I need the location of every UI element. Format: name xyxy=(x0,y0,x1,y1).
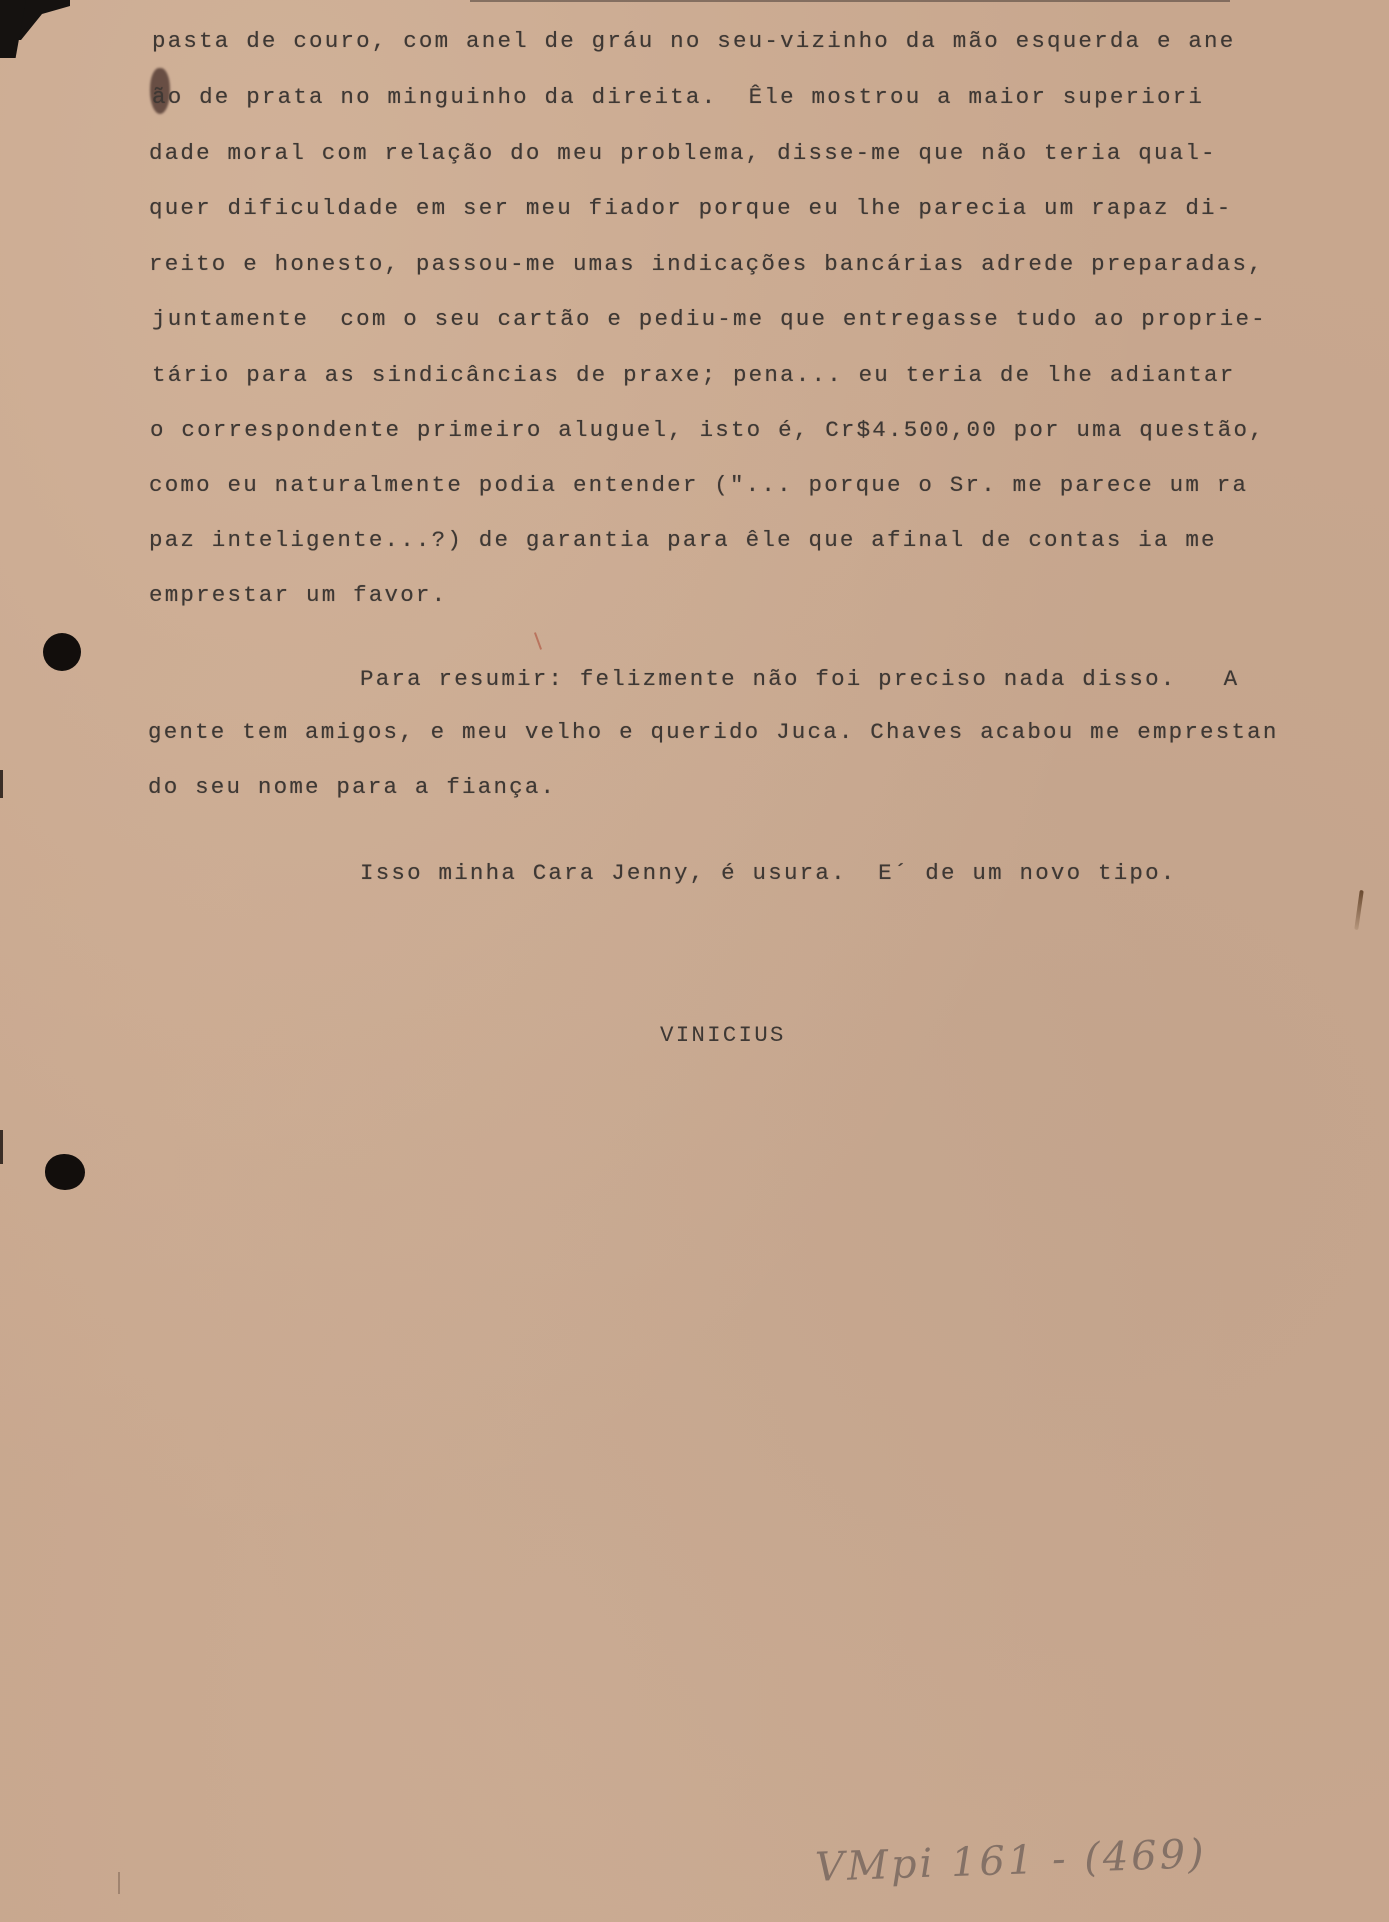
text-line: Isso minha Cara Jenny, é usura. E´ de um… xyxy=(360,862,1177,885)
text-line: juntamente com o seu cartão e pediu-me q… xyxy=(152,308,1267,331)
text-line: ão de prata no minguinho da direita. Êle… xyxy=(152,86,1204,109)
text-line: do seu nome para a fiança. xyxy=(148,776,556,799)
text-line: dade moral com relação do meu problema, … xyxy=(149,142,1217,165)
text-line: pasta de couro, com anel de gráu no seu-… xyxy=(152,30,1235,53)
edge-mark xyxy=(0,770,3,798)
punch-hole-icon xyxy=(45,1154,85,1190)
paper-fleck xyxy=(534,632,542,650)
signature: VINICIUS xyxy=(660,1022,786,1048)
text-line: como eu naturalmente podia entender ("..… xyxy=(149,474,1248,497)
pencil-mark xyxy=(118,1872,120,1894)
top-edge-rule xyxy=(470,0,1230,2)
punch-hole-icon xyxy=(43,633,81,671)
text-line: Para resumir: felizmente não foi preciso… xyxy=(360,668,1239,691)
text-line: gente tem amigos, e meu velho e querido … xyxy=(148,721,1279,744)
paper-stain xyxy=(1354,890,1364,930)
text-line: reito e honesto, passou-me umas indicaçõ… xyxy=(149,253,1264,276)
archive-annotation: VMpi 161 - (469) xyxy=(814,1831,1207,1891)
text-line: o correspondente primeiro aluguel, isto … xyxy=(150,419,1265,442)
document-page: pasta de couro, com anel de gráu no seu-… xyxy=(0,0,1389,1922)
text-line: emprestar um favor. xyxy=(149,584,447,607)
edge-mark xyxy=(0,1130,3,1164)
text-line: tário para as sindicâncias de praxe; pen… xyxy=(152,364,1235,387)
text-line: quer dificuldade em ser meu fiador porqu… xyxy=(149,197,1232,220)
text-line: paz inteligente...?) de garantia para êl… xyxy=(149,529,1217,552)
